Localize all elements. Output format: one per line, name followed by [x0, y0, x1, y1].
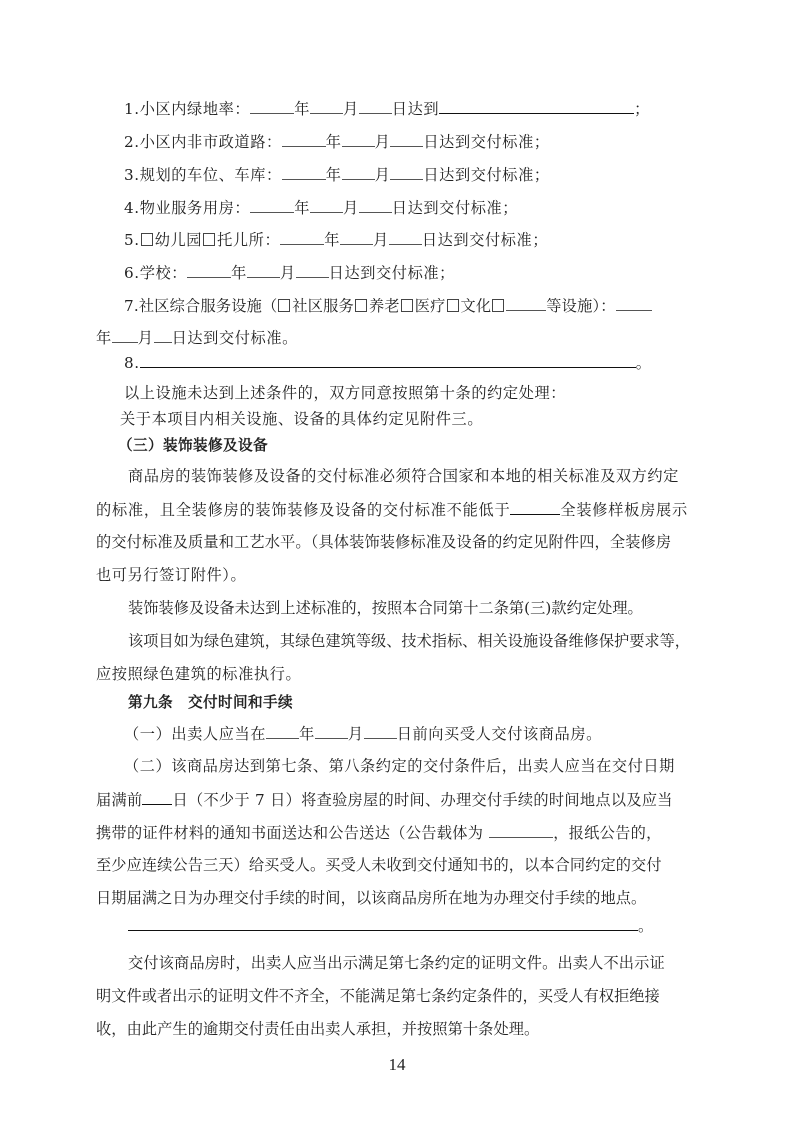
day-blank[interactable]	[389, 229, 422, 245]
day-blank[interactable]	[390, 131, 423, 147]
year-blank[interactable]	[187, 262, 231, 278]
item-label: 3.规划的车位、车库：	[124, 166, 282, 184]
article-9-clause-1: （一）出卖人应当在年月日前向买受人交付该商品房。	[124, 723, 602, 744]
article-9-clause-2-l2: 届满前日（不少于 7 日）将查验房屋的时间、办理交付手续的时间地点以及应当	[96, 789, 673, 810]
other-suffix: 等设施）：	[546, 297, 615, 315]
article-9-clause-2-l4: 至少应连续公告三天）给买受人。买受人未收到交付通知书的，以本合同约定的交付	[96, 855, 662, 875]
community-service-label: 社区服务	[292, 297, 354, 315]
year-blank[interactable]	[282, 164, 326, 180]
month-blank[interactable]	[247, 262, 280, 278]
section-3-para-1-l3: 的交付标准及质量和工艺水平。（具体装饰装修标准及设备的约定见附件四，全装修房	[96, 532, 671, 552]
day-blank[interactable]	[364, 723, 397, 739]
year-text: 年	[324, 231, 340, 249]
year-text: 年	[326, 166, 342, 184]
article-9-clause-2-l5: 日期届满之日为办理交付手续的时间，以该商品房所在地为办理交付手续的地点。	[96, 888, 646, 908]
notice-days-blank[interactable]	[142, 789, 172, 805]
rest-text: 日达到交付标准。	[172, 329, 298, 347]
article-9-clause-2: （二）该商品房达到第七条、第八条约定的交付条件后，出卖人应当在交付日期	[124, 756, 675, 776]
announcement-medium-blank[interactable]	[489, 822, 553, 838]
day-text: 日达到	[392, 100, 439, 118]
year-text: 年	[294, 100, 310, 118]
rest-text: 日达到交付标准；	[422, 231, 548, 249]
kindergarten-checkbox[interactable]	[141, 233, 153, 246]
clause-text: 携带的证件材料的通知书面送达和公告送达（公告载体为	[96, 824, 483, 842]
end-punct: 。	[638, 917, 654, 935]
year-text: 年	[231, 264, 247, 282]
facility-note-2: 关于本项目内相关设施、设备的具体约定见附件三。	[120, 409, 483, 429]
medical-label: 医疗	[415, 297, 446, 315]
rest-text: 日达到交付标准；	[423, 166, 549, 184]
article-9-extra-line: 。	[128, 915, 654, 936]
section-3-para-2: 装饰装修及设备未达到上述标准的，按照本合同第十二条第(三)款约定处理。	[128, 598, 643, 618]
community-service-checkbox[interactable]	[278, 299, 290, 312]
standard-blank[interactable]	[439, 98, 634, 114]
article-9-para-l1: 交付该商品房时，出卖人应当出示满足第七条约定的证明文件。出卖人不出示证	[128, 953, 665, 973]
day-blank[interactable]	[296, 262, 329, 278]
facility-item-7-cont: 年月日达到交付标准。	[96, 327, 298, 348]
month-blank[interactable]	[112, 327, 138, 343]
year-blank[interactable]	[280, 229, 324, 245]
facility-item-2: 2.小区内非市政道路：年月日达到交付标准；	[124, 131, 550, 152]
section-3-para-3: 该项目如为绿色建筑，其绿色建筑等级、技术指标、相关设施设备维修保护要求等，	[128, 631, 690, 651]
section-3-heading: （三）装饰装修及设备	[118, 436, 268, 456]
end-punct: 。	[636, 354, 652, 372]
section-3-para-1-l2: 的标准，且全装修房的装饰装修及设备的交付标准不能低于全装修样板房展示	[96, 499, 688, 520]
day-blank[interactable]	[390, 164, 423, 180]
para-text: 商品房的装饰装修及设备的交付标准必须符合国家和本地的相关标准及双方约定	[128, 466, 679, 486]
month-blank[interactable]	[310, 98, 343, 114]
item-label: 7.社区综合服务设施（	[124, 297, 277, 315]
culture-label: 文化	[461, 297, 492, 315]
facility-note-1: 以上设施未达到上述条件的，双方同意按照第十条的约定处理：	[124, 383, 566, 403]
other-facility-blank[interactable]	[506, 295, 546, 311]
end-punct: ；	[634, 100, 650, 118]
day-blank[interactable]	[154, 327, 172, 343]
month-blank[interactable]	[342, 131, 375, 147]
year-blank[interactable]	[266, 723, 299, 739]
section-3-para-3-l2: 应按照绿色建筑的标准执行。	[96, 664, 301, 684]
clause-text: ，报纸公告的，	[553, 824, 661, 842]
nursery-label: 托儿所：	[217, 231, 280, 249]
year-text: 年	[299, 725, 315, 743]
clause-text: （一）出卖人应当在	[124, 725, 266, 743]
elderly-care-label: 养老	[369, 297, 400, 315]
para-text: 全装修样板房展示	[560, 501, 688, 519]
article-9-heading: 第九条 交付时间和手续	[128, 693, 293, 713]
item-label: 4.物业服务用房：	[124, 199, 250, 217]
facility-item-5: 5.幼儿园托儿所：年月日达到交付标准；	[124, 229, 548, 250]
year-blank[interactable]	[616, 295, 652, 311]
model-room-blank[interactable]	[510, 499, 560, 515]
page-number: 14	[0, 1055, 794, 1075]
clause-text: 届满前	[96, 791, 142, 809]
day-blank[interactable]	[359, 98, 392, 114]
year-blank[interactable]	[250, 98, 294, 114]
year-text: 年	[326, 133, 342, 151]
kindergarten-label: 幼儿园	[155, 231, 202, 249]
month-text: 月	[343, 100, 359, 118]
para-text: 的标准，且全装修房的装饰装修及设备的交付标准不能低于	[96, 501, 510, 519]
year-blank[interactable]	[282, 131, 326, 147]
section-3-para-1-l4: 也可另行签订附件）。	[96, 565, 246, 585]
month-text: 月	[348, 725, 364, 743]
item-label: 8.	[124, 354, 140, 372]
nursery-checkbox[interactable]	[203, 233, 215, 246]
section-3-para-1: 商品房的装饰装修及设备的交付标准必须符合国家和本地的相关标准及双方约定	[96, 466, 710, 486]
clause-text: 日（不少于 7 日）将查验房屋的时间、办理交付手续的时间地点以及应当	[172, 791, 672, 809]
article-9-para-l3: 收，由此产生的逾期交付责任由出卖人承担，并按照第十条处理。	[96, 1019, 539, 1039]
item-8-blank[interactable]	[140, 352, 636, 368]
clause-text: 日前向买受人交付该商品房。	[397, 725, 602, 743]
elderly-care-checkbox[interactable]	[355, 299, 367, 312]
facility-item-7: 7.社区综合服务设施（社区服务养老医疗文化等设施）：	[124, 295, 652, 316]
rest-text: 日达到交付标准；	[392, 199, 518, 217]
month-blank[interactable]	[340, 229, 373, 245]
item-label: 6.学校：	[124, 264, 187, 282]
other-checkbox[interactable]	[492, 299, 504, 312]
medical-checkbox[interactable]	[401, 299, 413, 312]
facility-item-6: 6.学校：年月日达到交付标准；	[124, 262, 455, 283]
year-text: 年	[96, 329, 112, 347]
item-label: 2.小区内非市政道路：	[124, 133, 282, 151]
month-text: 月	[375, 133, 391, 151]
facility-item-8: 8.。	[124, 352, 652, 373]
facility-item-3: 3.规划的车位、车库：年月日达到交付标准；	[124, 164, 550, 185]
month-text: 月	[375, 166, 391, 184]
facility-item-1: 1.小区内绿地率：年月日达到；	[124, 98, 650, 119]
month-blank[interactable]	[342, 164, 375, 180]
rest-text: 日达到交付标准；	[329, 264, 455, 282]
extra-terms-blank[interactable]	[128, 915, 638, 931]
month-text: 月	[138, 329, 154, 347]
article-9-clause-2-l3: 携带的证件材料的通知书面送达和公告送达（公告载体为，报纸公告的，	[96, 822, 662, 843]
month-text: 月	[343, 199, 359, 217]
month-blank[interactable]	[315, 723, 348, 739]
facility-item-4: 4.物业服务用房：年月日达到交付标准；	[124, 197, 518, 218]
rest-text: 日达到交付标准；	[423, 133, 549, 151]
month-blank[interactable]	[310, 197, 343, 213]
item-label: 1.小区内绿地率：	[124, 100, 250, 118]
item-number: 5.	[124, 231, 140, 249]
article-9-para-l2: 明文件或者出示的证明文件不齐全，不能满足第七条约定条件的，买受人有权拒绝接	[96, 986, 660, 1006]
day-blank[interactable]	[359, 197, 392, 213]
year-text: 年	[294, 199, 310, 217]
culture-checkbox[interactable]	[447, 299, 459, 312]
month-text: 月	[280, 264, 296, 282]
year-blank[interactable]	[250, 197, 294, 213]
month-text: 月	[373, 231, 389, 249]
